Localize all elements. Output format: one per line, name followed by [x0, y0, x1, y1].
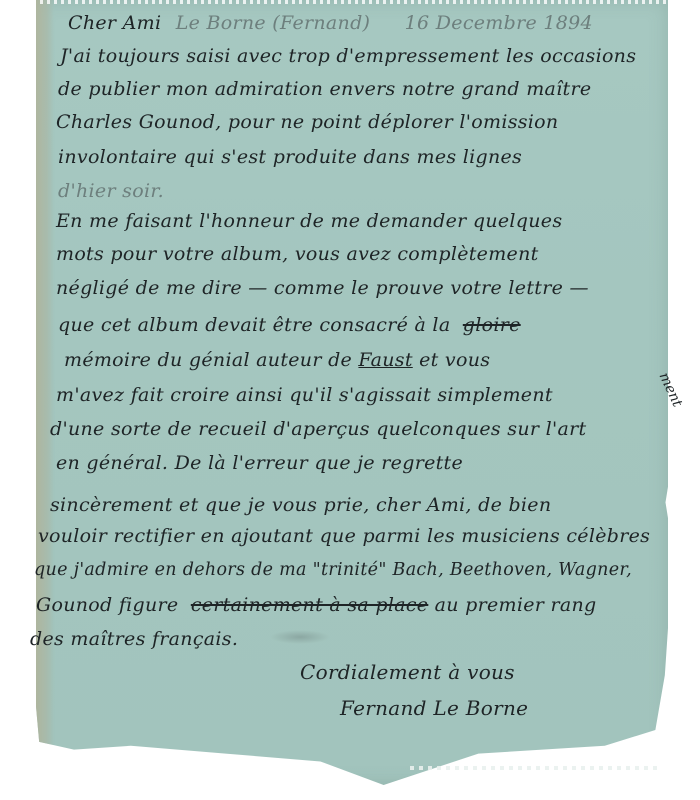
body-line-12: d'une sorte de recueil d'aperçus quelcon…	[50, 418, 586, 440]
body-line-10: mémoire du génial auteur de Faust et vou…	[64, 349, 490, 371]
body-line-6: En me faisant l'honneur de me demander q…	[56, 210, 562, 232]
body-line-10-suffix: et vous	[413, 349, 491, 371]
body-line-17: Gounod figure certainement à sa place au…	[36, 594, 597, 616]
body-line-16: que j'admire en dehors de ma "trinité" B…	[34, 560, 632, 580]
body-line-10-prefix: mémoire du génial auteur de	[64, 349, 358, 371]
body-line-2: de publier mon admiration envers notre g…	[58, 78, 591, 100]
body-line-17-suffix: au premier rang	[428, 594, 596, 616]
body-line-9: que cet album devait être consacré à la …	[58, 314, 521, 336]
struck-word: gloire	[463, 314, 521, 336]
body-line-17-text: Gounod figure	[36, 594, 178, 616]
body-line-8: négligé de me dire — comme le prouve vot…	[56, 277, 589, 299]
body-line-15: vouloir rectifier en ajoutant que parmi …	[38, 525, 650, 547]
body-line-14: sincèrement et que je vous prie, cher Am…	[50, 494, 551, 516]
salutation-line: Cher Ami Le Borne (Fernand) 16 Decembre …	[68, 12, 593, 34]
salutation: Cher Ami	[68, 12, 161, 34]
struck-phrase: certainement à sa place	[191, 594, 429, 616]
scanned-page: Cher Ami Le Borne (Fernand) 16 Decembre …	[0, 0, 700, 800]
date-annotation: 16 Decembre 1894	[405, 12, 593, 34]
body-line-4: involontaire qui s'est produite dans mes…	[58, 146, 522, 168]
recipient-annotation: Le Borne (Fernand)	[176, 12, 371, 34]
body-line-18: des maîtres français.	[30, 628, 238, 650]
signature: Fernand Le Borne	[340, 696, 528, 720]
body-line-5: d'hier soir.	[58, 180, 164, 202]
body-line-9-text: que cet album devait être consacré à la	[58, 314, 450, 336]
body-line-13: en général. De là l'erreur que je regret…	[56, 452, 463, 474]
margin-note: ment	[655, 370, 685, 410]
faust-underlined: Faust	[358, 349, 412, 371]
body-line-1: J'ai toujours saisi avec trop d'empresse…	[60, 45, 636, 67]
body-line-3: Charles Gounod, pour ne point déplorer l…	[56, 111, 558, 133]
body-line-7: mots pour votre album, vous avez complèt…	[56, 243, 539, 265]
valediction: Cordialement à vous	[300, 660, 515, 684]
body-line-11: m'avez fait croire ainsi qu'il s'agissai…	[56, 384, 553, 406]
handwritten-letter: Cher Ami Le Borne (Fernand) 16 Decembre …	[0, 0, 700, 800]
